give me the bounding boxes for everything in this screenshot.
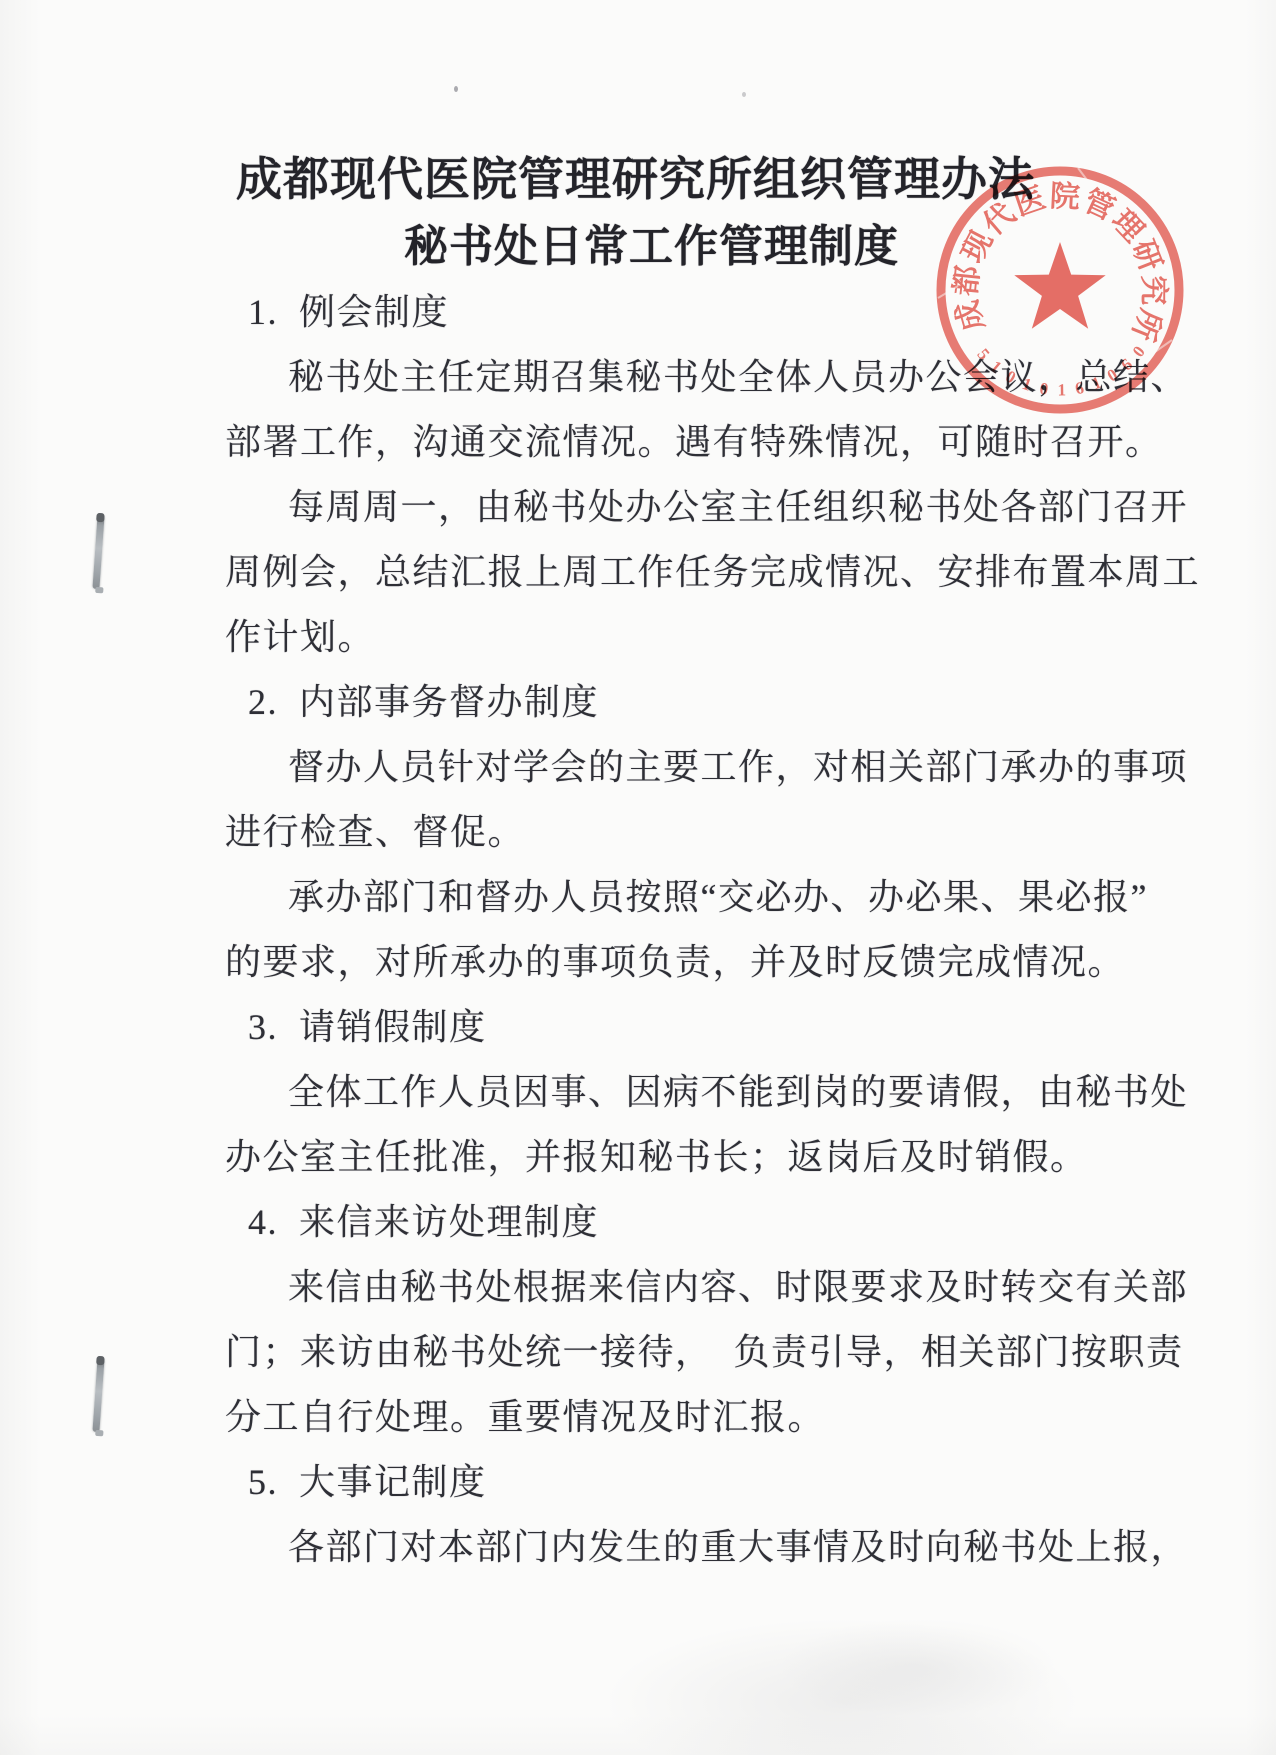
document-title-line-2: 秘书处日常工作管理制度 (404, 218, 899, 276)
seal-char: 0 (1129, 342, 1149, 360)
seal-char: 5 (973, 345, 993, 364)
text-line: 分工自行处理。重要情况及时汇报。 (225, 1394, 825, 1440)
text-line: 来信由秘书处根据来信内容、时限要求及时转交有关部 (288, 1264, 1188, 1310)
text-line: 各部门对本部门内发生的重大事情及时向秘书处上报， (288, 1524, 1188, 1570)
text-line: 的要求，对所承办的事项负责，并及时反馈完成情况。 (225, 939, 1125, 985)
staple-mark-top (92, 515, 104, 589)
text-line: 办公室主任批准，并报知秘书长；返岗后及时销假。 (225, 1134, 1088, 1180)
text-line: 周例会，总结汇报上周工作任务完成情况、安排布置本周工 (225, 549, 1200, 595)
section-heading: 3. 请销假制度 (248, 1004, 487, 1050)
text-line: 全体工作人员因事、因病不能到岗的要请假，由秘书处 (288, 1069, 1188, 1115)
seal-char: 成 (951, 297, 991, 335)
seal-char: 1 (1089, 373, 1104, 394)
seal-char: 0 (1104, 365, 1121, 386)
seal-char: 所 (1125, 305, 1167, 345)
seal-char: 0 (1002, 367, 1019, 388)
star-icon (1014, 242, 1105, 329)
scanned-document-page: 成都现代医院管理研究所组织管理办法 秘书处日常工作管理制度 1. 例会制度秘书处… (0, 0, 1276, 1755)
seal-char: 1 (987, 357, 1006, 377)
section-heading: 1. 例会制度 (248, 289, 449, 335)
seal-char: 1 (1020, 374, 1034, 395)
seal-char: 6 (1073, 378, 1085, 398)
text-line: 进行检查、督促。 (225, 809, 525, 855)
seal-char: 院 (1049, 180, 1081, 215)
document-title-line-1: 成都现代医院管理研究所组织管理办法 (236, 150, 1035, 210)
seal-char: 1 (1057, 380, 1066, 399)
section-heading: 4. 来信来访处理制度 (248, 1199, 599, 1245)
red-official-seal: 成都现代医院管理研究所 51010161060 (928, 158, 1192, 422)
text-line: 部署工作，沟通交流情况。遇有特殊情况，可随时召开。 (225, 419, 1163, 465)
text-line: 每周周一，由秘书处办公室主任组织秘书处各部门召开 (288, 484, 1188, 530)
text-line: 督办人员针对学会的主要工作，对相关部门承办的事项 (288, 744, 1188, 790)
text-line: 承办部门和督办人员按照“交必办、办必果、果必报” (288, 874, 1148, 920)
text-line: 作计划。 (225, 614, 375, 660)
seal-char: 0 (1038, 379, 1049, 399)
seal-char: 6 (1117, 355, 1136, 375)
seal-char: 都 (949, 264, 985, 298)
text-line: 门；来访由秘书处统一接待， 负责引导，相关部门按职责 (225, 1329, 1184, 1375)
section-heading: 2. 内部事务督办制度 (248, 679, 599, 725)
staple-mark-bottom (92, 1358, 104, 1432)
paper-speck (454, 86, 458, 92)
section-heading: 5. 大事记制度 (248, 1459, 487, 1505)
paper-speck (742, 92, 746, 97)
seal-char: 究 (1136, 275, 1170, 305)
